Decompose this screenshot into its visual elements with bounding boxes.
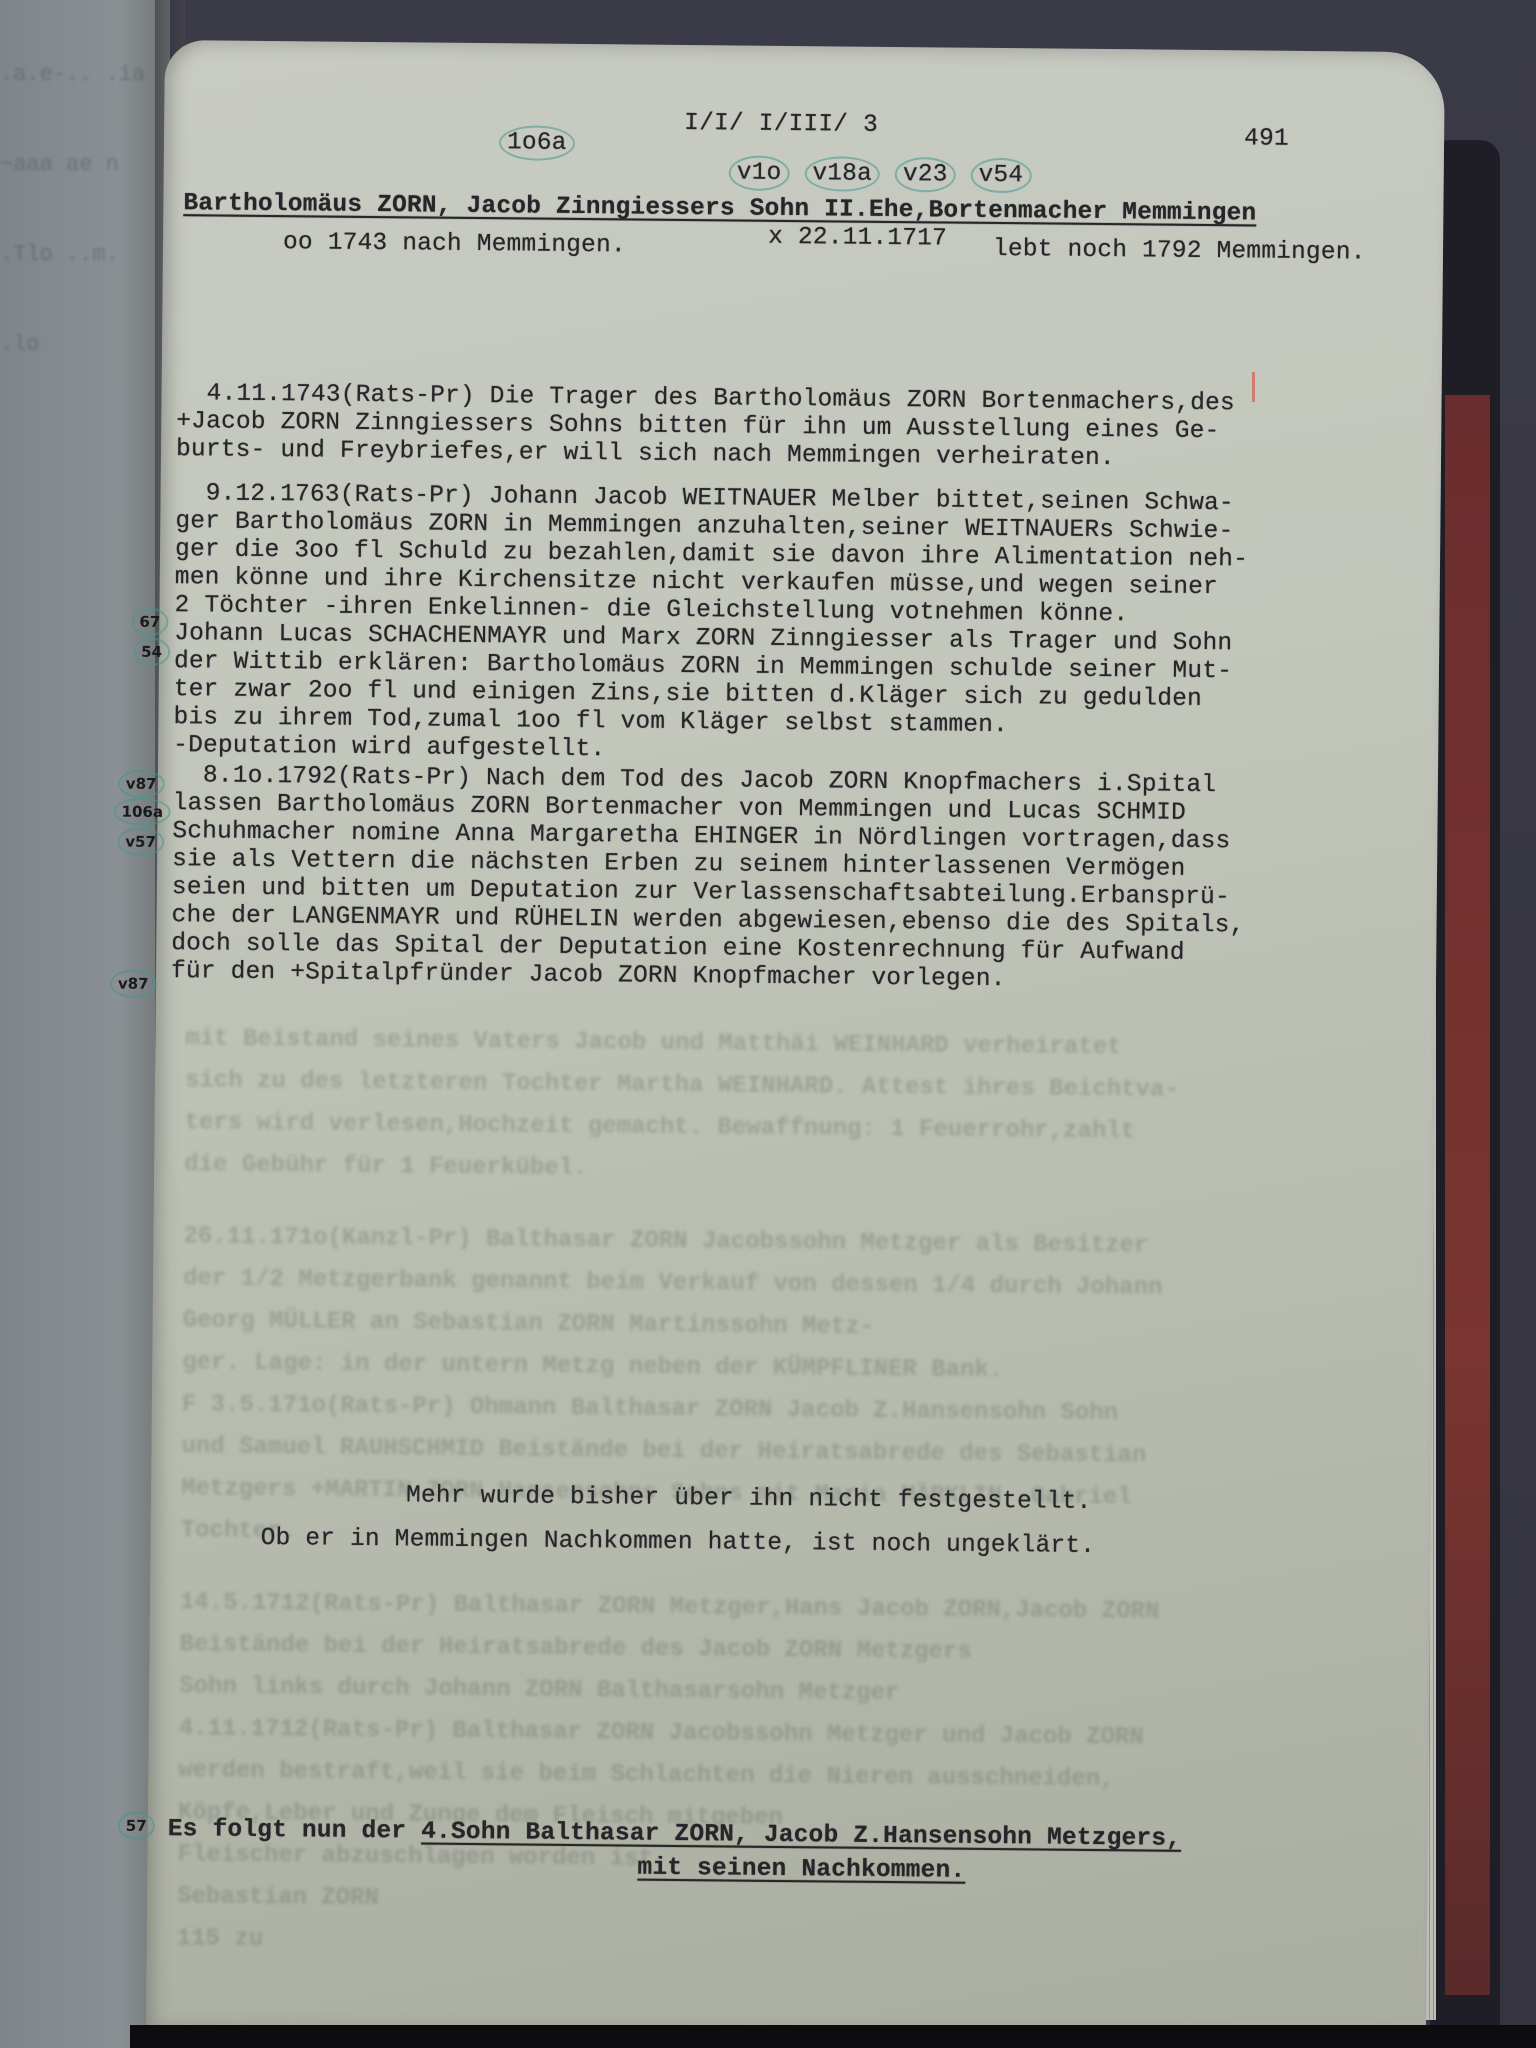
lived-until: lebt noch 1792 Memmingen. (993, 236, 1366, 267)
header-left-ref: 1o6a (499, 125, 575, 161)
bleed-through-line: und Samuel RAUHSCHMID Beistände bei der … (181, 1433, 1146, 1469)
margin-note: v57 (117, 828, 164, 856)
next-person-link[interactable]: mit seinen Nachkommen. (637, 1855, 965, 1885)
bleed-through-line: der 1/2 Metzgerbank genannt beim Verkauf… (183, 1265, 1163, 1301)
bleed-through-line: werden bestraft,weil sie beim Schlachten… (178, 1757, 1114, 1793)
record-entries: 4.11.1743(Rats-Pr) Die Trager des Bartho… (165, 40, 1445, 52)
margin-note: 67 (131, 608, 168, 636)
bleed-through-line: mit Beistand seines Vaters Jacob und Mat… (185, 1025, 1121, 1061)
continuation-note-line-2: mit seinen Nachkommen. (637, 1855, 965, 1885)
bleed-through-line: 14.5.1712(Rats-Pr) Balthasar ZORN Metzge… (180, 1589, 1160, 1625)
page-number: 491 (1244, 125, 1289, 152)
closing-line-1: Mehr wurde bisher über ihn nicht festges… (406, 1482, 1092, 1516)
person-name: Bartholomäus ZORN (183, 190, 437, 219)
bleed-through-line: F 3.5.171o(Rats-Pr) Ohmann Balthasar ZOR… (182, 1391, 1118, 1427)
bleed-through-text: mit Beistand seines Vaters Jacob und Mat… (165, 40, 1445, 52)
book-cover-red-band (1445, 395, 1490, 1995)
bleed-through-line: Sebastian ZORN (177, 1883, 379, 1912)
bleed-through-line: ters wird verlesen,Hochzeit gemacht. Bew… (184, 1109, 1135, 1145)
margin-note: v87 (110, 970, 157, 998)
bleed-through-line: Georg MÜLLER an Sebastian ZORN Martinsso… (183, 1307, 875, 1341)
cross-ref: v1o (729, 155, 790, 191)
bleed-through-line: sich zu des letzteren Tochter Martha WEI… (185, 1067, 1179, 1104)
bleed-through-line: 115 zu (177, 1925, 264, 1953)
closing-line-2: Ob er in Memmingen Nachkommen hatte, ist… (260, 1525, 1095, 1560)
margin-note: 54 (133, 638, 170, 666)
cross-ref: v54 (970, 158, 1031, 194)
margin-note: 57 (118, 1812, 155, 1840)
header-center-ref: I/I/ I/III/ 3 (684, 110, 878, 139)
previous-page-text: .a.e‑.. .ia e ~aaa ae n .Tlo ..m. .lo (0, 0, 160, 2048)
birth-date: x 22.11.1717 (768, 224, 947, 253)
cross-ref: v23 (895, 157, 956, 193)
bleed-through-line: Beistände bei der Heiratsabrede des Jaco… (179, 1631, 971, 1666)
margin-note: 106a (113, 798, 171, 827)
marriage-note: oo 1743 nach Memmingen. (283, 229, 626, 259)
cross-ref: v18a (804, 156, 880, 192)
bleed-through-line: ger. Lage: in der untern Metzg neben der… (182, 1349, 1003, 1384)
bleed-through-line: 4.11.1712(Rats-Pr) Balthasar ZORN Jacobs… (179, 1715, 1144, 1751)
red-margin-mark (1252, 372, 1255, 402)
document-page: mit Beistand seines Vaters Jacob und Mat… (146, 40, 1445, 2042)
person-heading: Bartholomäus ZORN, Jacob Zinngiessers So… (183, 190, 1256, 227)
previous-page: .a.e‑.. .ia e ~aaa ae n .Tlo ..m. .lo (0, 0, 170, 2048)
entry-line: -Deputation wird aufgestellt. (173, 732, 605, 763)
book-shadow-bottom (130, 2025, 1536, 2048)
bleed-through-line: 26.11.171o(Kanzl-Pr) Balthasar ZORN Jaco… (183, 1223, 1148, 1259)
margin-note: v87 (118, 770, 165, 798)
bleed-through-line: die Gebühr für 1 Feuerkübel. (184, 1151, 588, 1182)
bleed-through-line: Sohn links durch Johann ZORN Balthasarso… (179, 1673, 899, 1707)
cross-references: v1o v18a v23 v54 (729, 155, 1032, 193)
